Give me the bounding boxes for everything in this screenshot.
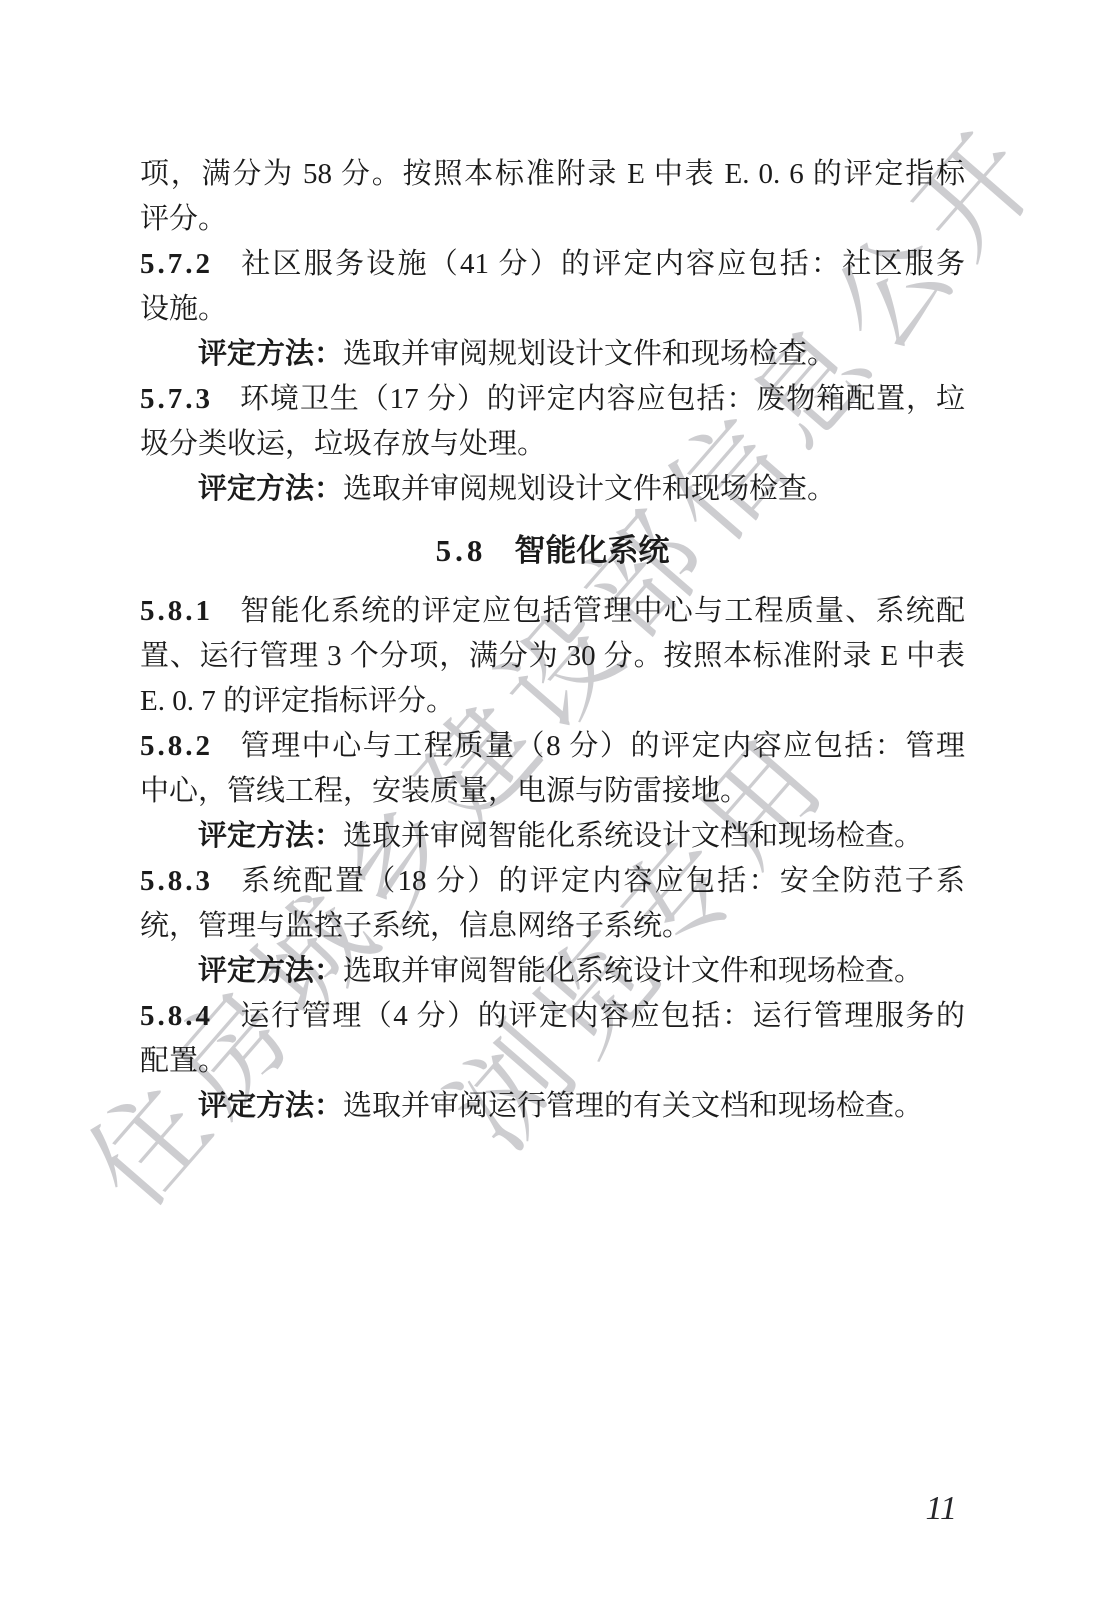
line-text: 选取并审阅智能化系统设计文档和现场检查。 — [343, 820, 923, 852]
method-label: 评定方法： — [198, 1090, 343, 1122]
line-text: 选取并审阅规划设计文件和现场检查。 — [343, 473, 836, 505]
method-label: 评定方法： — [198, 820, 343, 852]
line-text: 配置。 — [140, 1045, 227, 1077]
line-text: 选取并审阅运行管理的有关文档和现场检查。 — [343, 1090, 923, 1122]
line-text: 项，满分为 58 分。按照本标准附录 E 中表 E. 0. 6 的评定指标 — [140, 158, 965, 190]
text-line: 评定方法：选取并审阅运行管理的有关文档和现场检查。 — [140, 1084, 965, 1129]
section-title: 智能化系统 — [514, 533, 669, 568]
text-line: 5.8.3系统配置（18 分）的评定内容应包括：安全防范子系 — [140, 859, 965, 904]
text-line: 5.7.2社区服务设施（41 分）的评定内容应包括：社区服务 — [140, 242, 965, 287]
text-line: 统，管理与监控子系统，信息网络子系统。 — [140, 904, 965, 949]
line-text: 环境卫生（17 分）的评定内容应包括：废物箱配置，垃 — [239, 383, 965, 415]
text-line: 评定方法：选取并审阅智能化系统设计文档和现场检查。 — [140, 814, 965, 859]
line-text: 选取并审阅智能化系统设计文件和现场检查。 — [343, 955, 923, 987]
method-label: 评定方法： — [198, 955, 343, 987]
section-number: 5.8 — [436, 533, 487, 568]
method-label: 评定方法： — [198, 338, 343, 370]
line-text: 系统配置（18 分）的评定内容应包括：安全防范子系 — [239, 865, 965, 897]
text-line: 评定方法：选取并审阅规划设计文件和现场检查。 — [140, 467, 965, 512]
line-text: 中心，管线工程，安装质量，电源与防雷接地。 — [140, 775, 749, 807]
clause-number: 5.8.1 — [140, 595, 213, 627]
line-text: 管理中心与工程质量（8 分）的评定内容应包括：管理 — [239, 730, 965, 762]
document-page: 住房城乡建设部信息公开 浏览专用 项，满分为 58 分。按照本标准附录 E 中表… — [0, 0, 1103, 1598]
clause-number: 5.8.4 — [140, 1000, 213, 1032]
clause-number: 5.7.2 — [140, 248, 213, 280]
text-line: 5.7.3环境卫生（17 分）的评定内容应包括：废物箱配置，垃 — [140, 377, 965, 422]
line-text: E. 0. 7 的评定指标评分。 — [140, 685, 455, 717]
line-text: 评分。 — [140, 203, 227, 235]
section-heading: 5.8智能化系统 — [140, 528, 965, 573]
clause-number: 5.7.3 — [140, 383, 213, 415]
line-text: 选取并审阅规划设计文件和现场检查。 — [343, 338, 836, 370]
text-line: 设施。 — [140, 287, 965, 332]
line-text: 运行管理（4 分）的评定内容应包括：运行管理服务的 — [239, 1000, 965, 1032]
method-label: 评定方法： — [198, 473, 343, 505]
text-line: 圾分类收运，垃圾存放与处理。 — [140, 422, 965, 467]
line-text: 社区服务设施（41 分）的评定内容应包括：社区服务 — [239, 248, 965, 280]
text-line: 5.8.2管理中心与工程质量（8 分）的评定内容应包括：管理 — [140, 724, 965, 769]
text-line: E. 0. 7 的评定指标评分。 — [140, 679, 965, 724]
line-text: 智能化系统的评定应包括管理中心与工程质量、系统配 — [239, 595, 965, 627]
text-line: 中心，管线工程，安装质量，电源与防雷接地。 — [140, 769, 965, 814]
clause-number: 5.8.3 — [140, 865, 213, 897]
text-line: 评定方法：选取并审阅智能化系统设计文件和现场检查。 — [140, 949, 965, 994]
text-line: 5.8.4运行管理（4 分）的评定内容应包括：运行管理服务的 — [140, 994, 965, 1039]
text-line: 评定方法：选取并审阅规划设计文件和现场检查。 — [140, 332, 965, 377]
page-number: 11 — [926, 1490, 957, 1528]
text-line: 5.8.1智能化系统的评定应包括管理中心与工程质量、系统配 — [140, 589, 965, 634]
line-text: 圾分类收运，垃圾存放与处理。 — [140, 428, 546, 460]
text-line: 置、运行管理 3 个分项，满分为 30 分。按照本标准附录 E 中表 — [140, 634, 965, 679]
text-line: 项，满分为 58 分。按照本标准附录 E 中表 E. 0. 6 的评定指标 — [140, 152, 965, 197]
text-line: 配置。 — [140, 1039, 965, 1084]
clause-number: 5.8.2 — [140, 730, 213, 762]
line-text: 统，管理与监控子系统，信息网络子系统。 — [140, 910, 691, 942]
line-text: 置、运行管理 3 个分项，满分为 30 分。按照本标准附录 E 中表 — [140, 640, 965, 672]
line-text: 设施。 — [140, 293, 227, 325]
document-body: 项，满分为 58 分。按照本标准附录 E 中表 E. 0. 6 的评定指标评分。… — [140, 152, 965, 1129]
text-line: 评分。 — [140, 197, 965, 242]
